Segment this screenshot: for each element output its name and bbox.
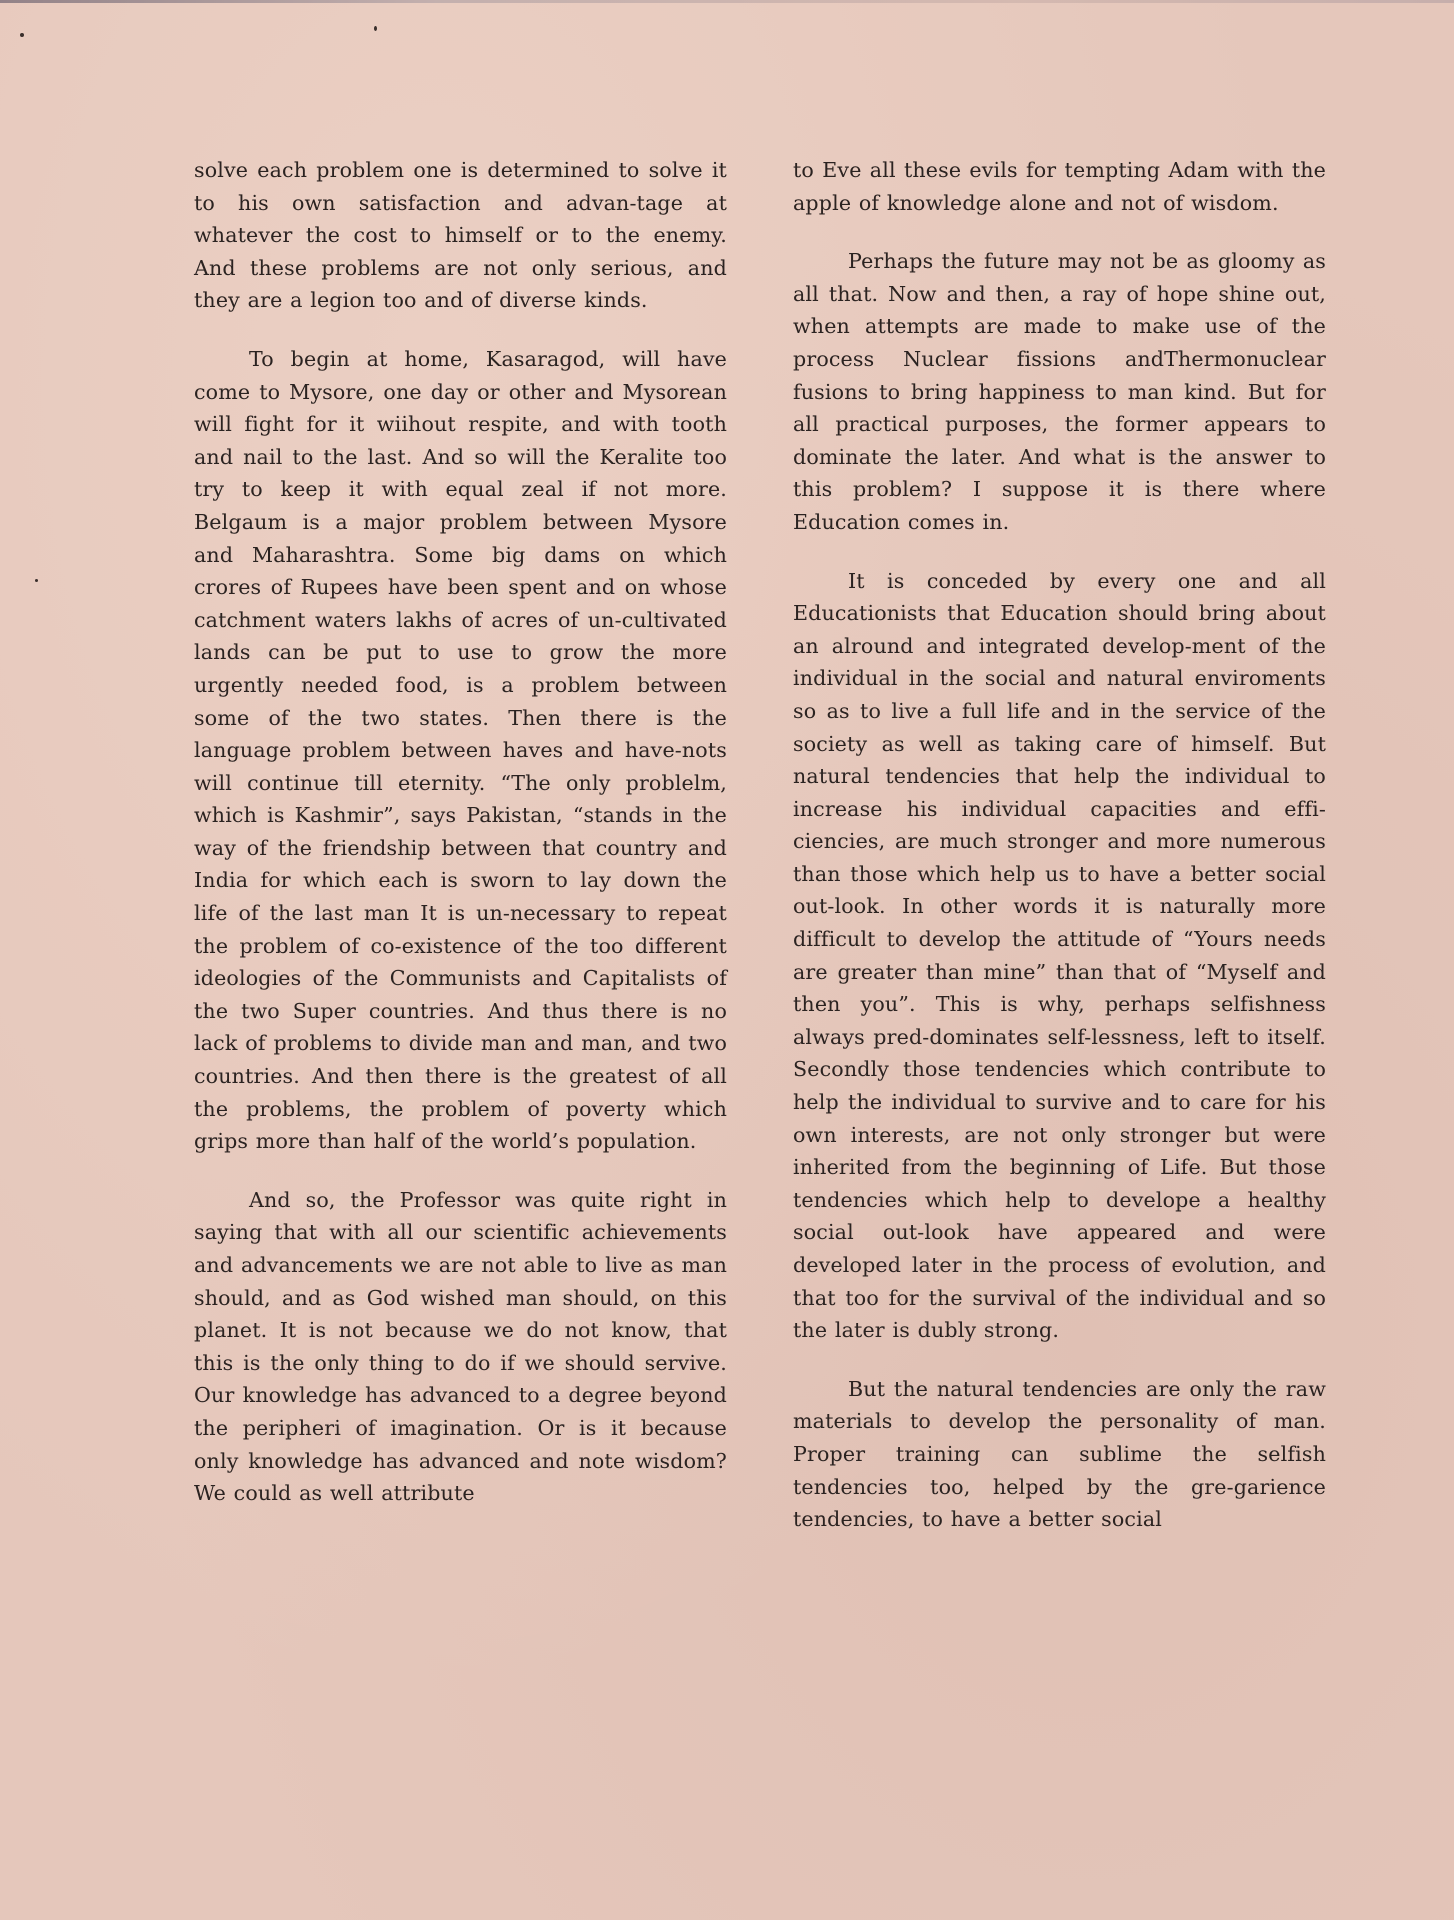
scanned-page: solve each problem one is determined to … bbox=[0, 0, 1454, 1920]
ink-speck bbox=[374, 26, 377, 31]
right-column: to Eve all these evils for tempting Adam… bbox=[793, 154, 1326, 1562]
ink-speck bbox=[20, 33, 24, 37]
paragraph: To begin at home, Kasaragod, will have c… bbox=[194, 343, 727, 1158]
paragraph: to Eve all these evils for tempting Adam… bbox=[793, 154, 1326, 219]
paragraph: It is conceded by every one and all Educ… bbox=[793, 565, 1326, 1347]
paragraph: But the natural tendencies are only the … bbox=[793, 1373, 1326, 1536]
left-column: solve each problem one is determined to … bbox=[194, 154, 727, 1536]
paragraph: Perhaps the future may not be as gloomy … bbox=[793, 245, 1326, 538]
paragraph: And so, the Professor was quite right in… bbox=[194, 1184, 727, 1510]
ink-speck bbox=[35, 579, 38, 582]
paragraph: solve each problem one is determined to … bbox=[194, 154, 727, 317]
page-top-edge bbox=[0, 0, 1454, 3]
